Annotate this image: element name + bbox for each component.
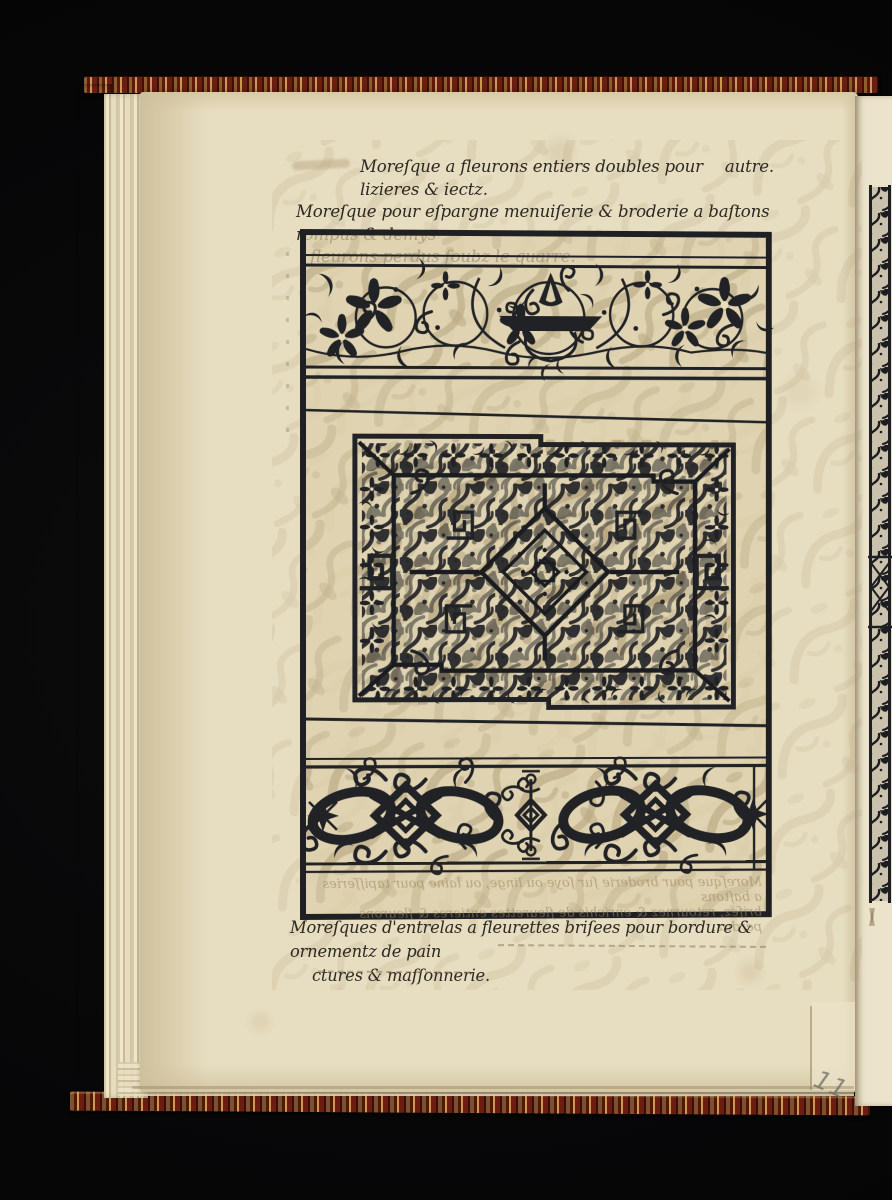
facing-page-text-fragments [861,908,883,926]
bottom-caption-line2: ctures & maſſonnerie. [290,964,784,988]
showthrough-line1: Moreſque pour broderie ſur ſoye ou linge… [312,875,762,907]
page-bottom-edge [132,1086,854,1089]
page-corner-crease [810,1006,812,1090]
center-panel [355,436,733,708]
woodcut-plate [298,227,774,924]
photo-backdrop: Moreſque a fleurons entiers doubles pour… [0,0,892,1200]
binding-top-gilt-edge [84,77,878,93]
caption-text: Moreſque a fleurons entiers doubles pour… [360,156,725,201]
facing-page-ornament-border [868,185,892,903]
bottom-caption: Moreſques d'entrelas a fleurettes briſee… [290,916,784,988]
margin-scribbles [286,252,289,432]
top-caption-line1: Moreſque a fleurons entiers doubles pour… [296,156,776,201]
bottom-caption-line1: Moreſques d'entrelas a fleurettes briſee… [290,916,784,964]
caption-text-autre: autre. [725,156,774,201]
